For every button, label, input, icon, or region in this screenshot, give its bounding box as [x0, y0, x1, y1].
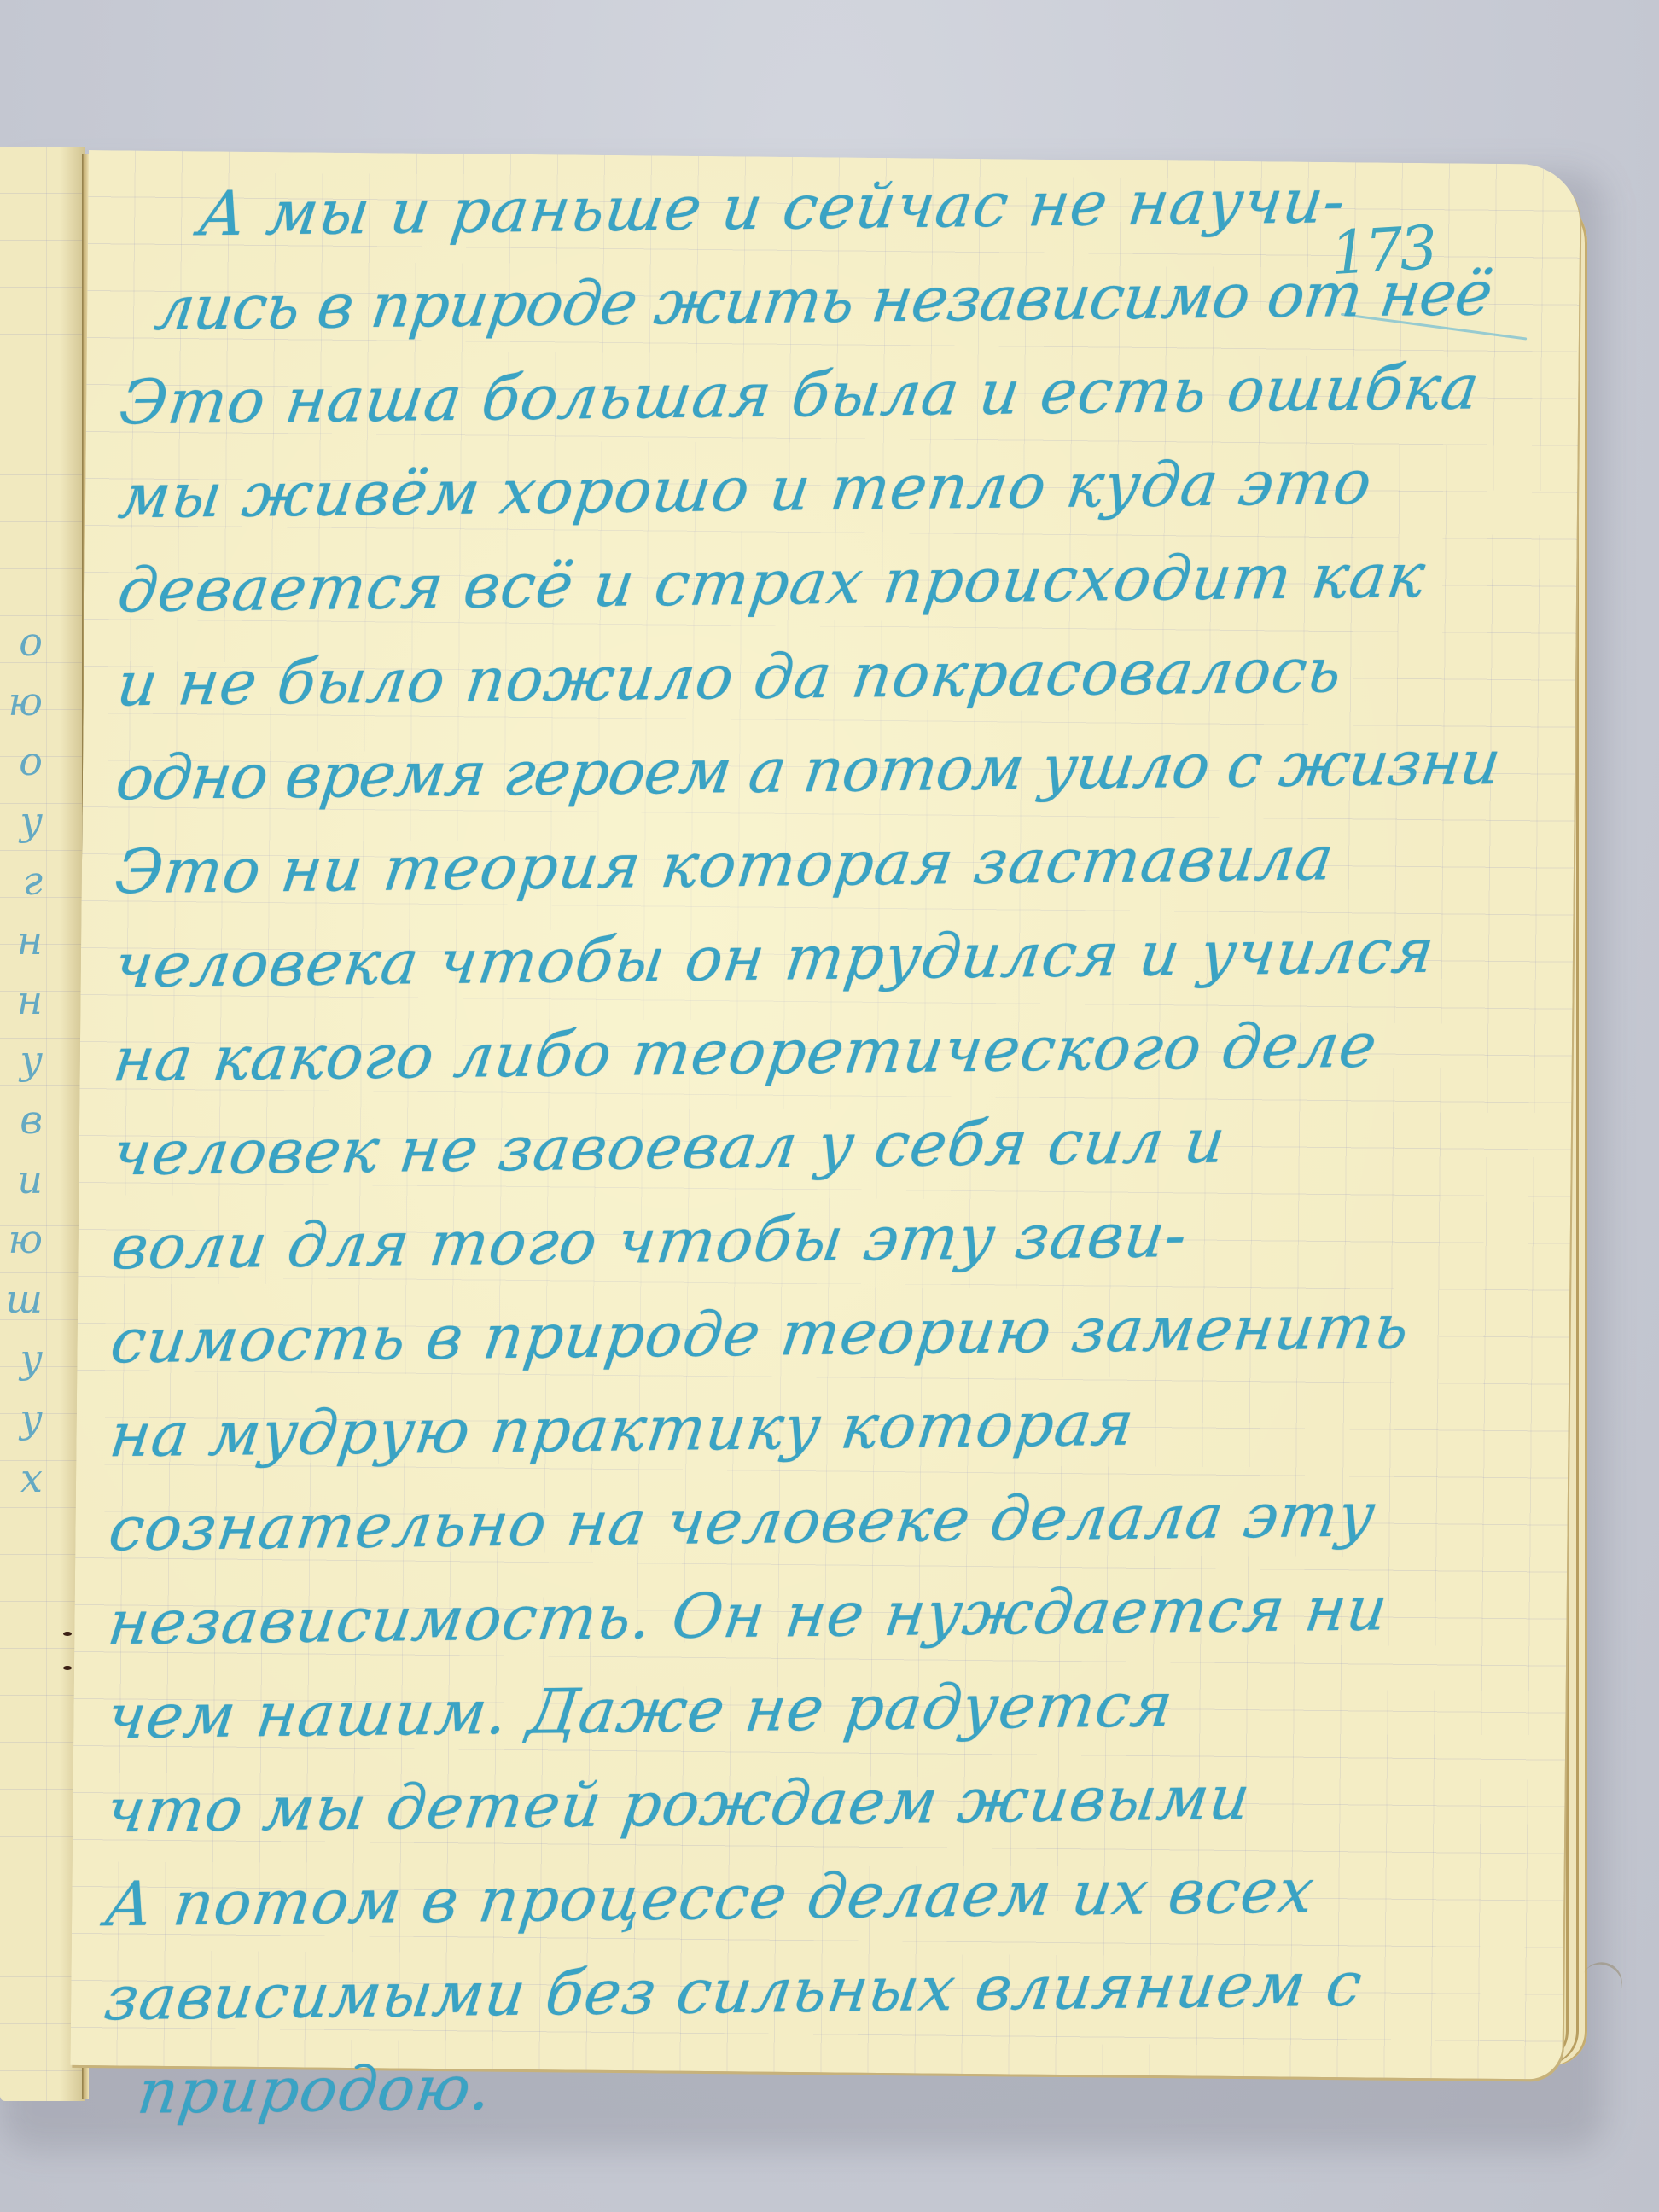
text-line: человек не завоевал у себя сил и: [108, 1091, 1506, 1200]
margin-letter: у: [0, 1342, 51, 1376]
text-line: человека чтобы он трудился и учился: [109, 903, 1508, 1012]
text-line: Это ни теория которая заставила: [110, 809, 1509, 918]
margin-letter: и: [0, 1162, 51, 1196]
text-line: природою.: [98, 2029, 1497, 2139]
text-line: симость в природе теорию заменить: [106, 1278, 1505, 1388]
margin-letter: у: [0, 1043, 51, 1077]
text-line: А потом в процессе делаем их всех: [100, 1842, 1499, 1951]
notebook-page: 173 А мы и раньше и сейчас не научи- лис…: [70, 150, 1580, 2080]
margin-letter: н: [0, 923, 51, 958]
text-line: на мудрую практику которая: [104, 1372, 1503, 1481]
binding-staple-icon: [63, 1666, 72, 1670]
text-line: на какого либо теоретического деле: [108, 997, 1507, 1106]
text-line: что мы детей рождаем живыми: [101, 1748, 1499, 1857]
text-line: Это наша большая была и есть ошибка: [114, 340, 1513, 449]
margin-letter: ю: [0, 1222, 51, 1256]
binding-staple-icon: [63, 1632, 72, 1636]
text-line: зависимыми без сильных влиянием с: [99, 1935, 1498, 2045]
margin-letter: ш: [0, 1282, 51, 1316]
text-line: лись в природе жить независимо от неё: [115, 246, 1514, 355]
margin-letter: о: [0, 744, 51, 778]
margin-letter: у: [0, 1401, 51, 1435]
margin-letter: ю: [0, 684, 51, 719]
text-line: и не было пожило да покрасовалось: [112, 621, 1511, 731]
text-line: А мы и раньше и сейчас не научи-: [116, 152, 1515, 261]
text-line: воли для того чтобы эту зави-: [107, 1185, 1505, 1294]
handwritten-text: А мы и раньше и сейчас не научи- лись в …: [104, 167, 1505, 2151]
text-line: мы живём хорошо и тепло куда это: [114, 434, 1512, 543]
margin-letter: в: [0, 1103, 51, 1137]
text-line: одно время героем а потом ушло с жизни: [111, 715, 1510, 824]
text-line: независимость. Он не нуждается ни: [102, 1560, 1501, 1669]
margin-letter: г: [0, 864, 51, 898]
margin-letter: х: [0, 1461, 51, 1495]
margin-letter: н: [0, 983, 51, 1017]
facing-page-margin-letters: о ю о у г н н у в и ю ш у у х: [0, 625, 51, 1495]
text-line: девается всё и страх происходит как: [113, 527, 1511, 637]
text-line: чем нашим. Даже не радуется: [102, 1654, 1500, 1763]
text-line: сознательно на человеке делала эту: [103, 1466, 1502, 1575]
margin-letter: у: [0, 804, 51, 838]
margin-letter: о: [0, 625, 51, 659]
